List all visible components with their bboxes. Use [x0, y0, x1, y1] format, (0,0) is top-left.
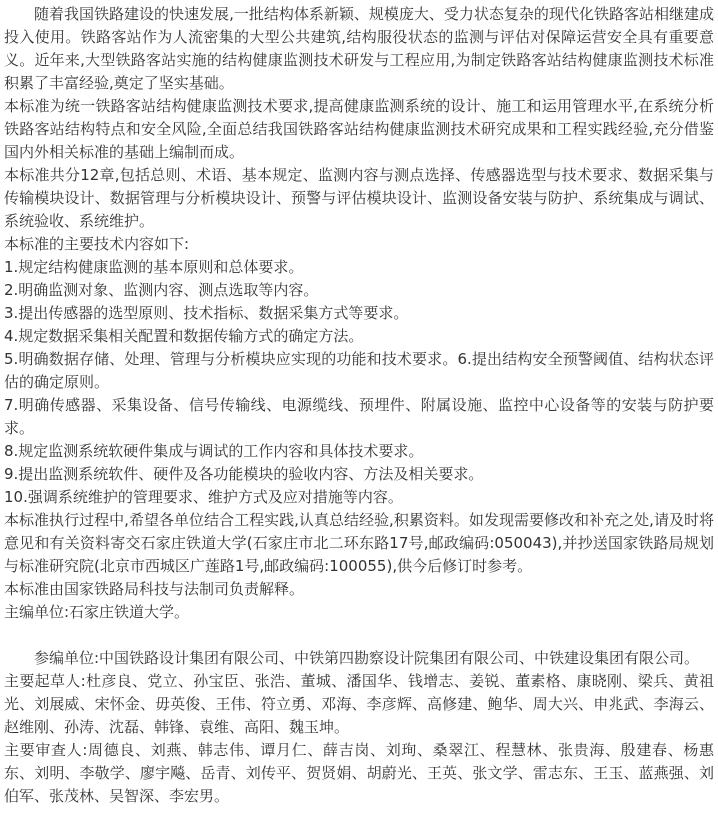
content-item-10: 10.强调系统维护的管理要求、维护方式及应对措施等内容。 [4, 486, 714, 509]
interpretation-authority-line: 本标准由国家铁路局科技与法制司负责解释。 [4, 578, 714, 601]
chapters-overview-paragraph: 本标准共分12章,包括总则、术语、基本规定、监测内容与测点选择、传感器选型与技术… [4, 164, 714, 233]
standard-preface-document: 随着我国铁路建设的快速发展,一批结构体系新颖、规模庞大、受力状态复杂的现代化铁路… [0, 0, 718, 814]
content-item-9: 9.提出监测系统软件、硬件及各功能模块的验收内容、方法及相关要求。 [4, 463, 714, 486]
content-item-7: 7.明确传感器、采集设备、信号传输线、电源缆线、预埋件、附属设施、监控中心设备等… [4, 394, 714, 440]
main-drafters-line: 主要起草人:杜彦良、党立、孙宝臣、张浩、董城、潘国华、钱增志、姜锐、董素格、康晓… [4, 670, 714, 739]
content-item-2: 2.明确监测对象、监测内容、测点选取等内容。 [4, 279, 714, 302]
content-item-3: 3.提出传感器的选型原则、技术指标、数据采集方式等要求。 [4, 302, 714, 325]
main-reviewers-line: 主要审查人:周德良、刘燕、韩志伟、谭月仁、薛吉岗、刘珣、桑翠江、程慧林、张贵海、… [4, 739, 714, 808]
technical-contents-heading: 本标准的主要技术内容如下: [4, 233, 714, 256]
intro-paragraph: 随着我国铁路建设的快速发展,一批结构体系新颖、规模庞大、受力状态复杂的现代化铁路… [4, 3, 714, 95]
content-item-4: 4.规定数据采集相关配置和数据传输方式的确定方法。 [4, 325, 714, 348]
content-item-5-6: 5.明确数据存储、处理、管理与分析模块应实现的功能和技术要求。6.提出结构安全预… [4, 348, 714, 394]
feedback-address-paragraph: 本标准执行过程中,希望各单位结合工程实践,认真总结经验,积累资料。如发现需要修改… [4, 509, 714, 578]
co-editor-units-line: 参编单位:中国铁路设计集团有限公司、中铁第四勘察设计院集团有限公司、中铁建设集团… [4, 647, 714, 670]
purpose-paragraph: 本标准为统一铁路客站结构健康监测技术要求,提高健康监测系统的设计、施工和运用管理… [4, 95, 714, 164]
chief-editor-unit-line: 主编单位:石家庄铁道大学。 [4, 601, 714, 624]
content-item-8: 8.规定监测系统软硬件集成与调试的工作内容和具体技术要求。 [4, 440, 714, 463]
content-item-1: 1.规定结构健康监测的基本原则和总体要求。 [4, 256, 714, 279]
